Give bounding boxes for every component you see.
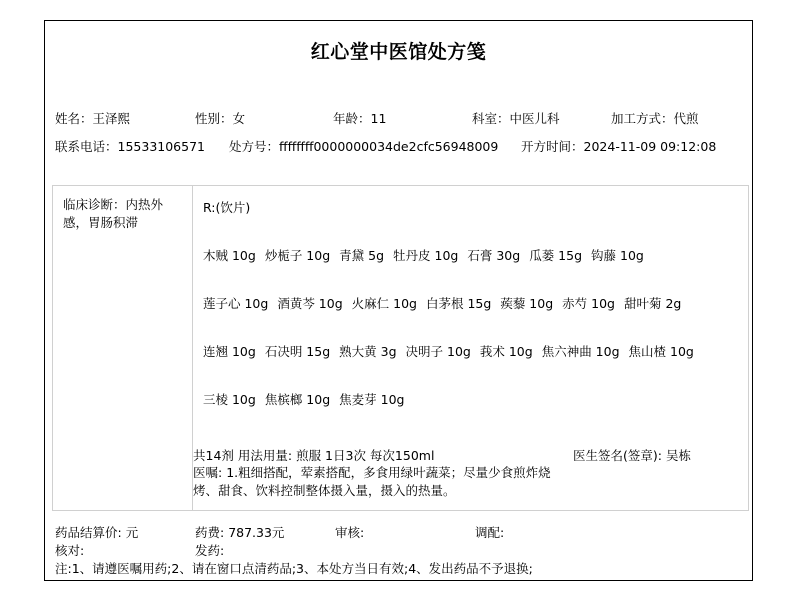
diagnosis-label: 临床诊断： [63,197,126,212]
prescription-column: R:(饮片) 木贼 10g炒栀子 10g青黛 5g牡丹皮 10g石膏 30g瓜蒌… [193,186,748,510]
patient-name-label: 姓名： [55,111,93,126]
herb-item: 焦麦芽 10g [339,390,404,408]
rx-time-label: 开方时间： [521,139,584,154]
herb-item: 白茅根 15g [426,294,491,312]
rx-time: 开方时间：2024-11-09 09:12:08 [521,137,716,155]
herb-row: 莲子心 10g酒黄芩 10g火麻仁 10g白茅根 15g蒺藜 10g赤芍 10g… [203,294,690,312]
department: 科室：中医儿科 [472,109,560,127]
rx-number-label: 处方号： [229,139,279,154]
doctor-signature: 医生签名(签章): 吴栋 [573,446,691,464]
drug-fee: 药费: 787.33元 [195,523,284,541]
herb-item: 甜叶菊 2g [624,294,681,312]
herb-item: 焦山楂 10g [629,342,694,360]
phone: 联系电话：15533106571 [55,137,205,155]
patient-gender-value: 女 [233,111,246,126]
herb-item: 莲子心 10g [203,294,268,312]
settle-price-value: 元 [126,525,139,540]
review-field: 审核: [335,523,364,541]
diagnosis-column: 临床诊断：内热外感，胃肠积滞 [53,186,193,510]
phone-label: 联系电话： [55,139,118,154]
herb-item: 牡丹皮 10g [393,246,458,264]
processing-value: 代煎 [674,111,699,126]
herb-row: 连翘 10g石决明 15g熟大黄 3g决明子 10g莪术 10g焦六神曲 10g… [203,342,703,360]
prescription-sheet: 红心堂中医馆处方笺 姓名：王泽熙 性别：女 年龄：11 科室：中医儿科 加工方式… [44,20,753,581]
herb-item: 木贼 10g [203,246,256,264]
patient-name: 姓名：王泽熙 [55,109,130,127]
patient-age: 年龄：11 [333,109,386,127]
rx-number-value: ffffffff0000000034de2cfc56948009 [279,139,498,154]
doctor-name: 吴栋 [666,448,691,463]
rx-time-value: 2024-11-09 09:12:08 [584,139,717,154]
doctor-signature-label: 医生签名(签章): [573,448,666,463]
patient-age-value: 11 [371,111,387,126]
herb-item: 蒺藜 10g [500,294,553,312]
settle-price-label: 药品结算价: [55,525,126,540]
patient-gender: 性别：女 [195,109,245,127]
patient-age-label: 年龄： [333,111,371,126]
herb-row: 木贼 10g炒栀子 10g青黛 5g牡丹皮 10g石膏 30g瓜蒌 15g钩藤 … [203,246,653,264]
herb-item: 焦六神曲 10g [542,342,620,360]
dispense-field: 调配: [475,523,504,541]
phone-value: 15533106571 [118,139,205,154]
usage-dosage: 共14剂 用法用量: 煎服 1日3次 每次150ml [193,446,434,464]
herb-item: 赤芍 10g [562,294,615,312]
footer-note: 注:1、请遵医嘱用药;2、请在窗口点清药品;3、本处方当日有效;4、发出药品不予… [55,559,533,577]
medical-advice-label: 医嘱: [193,465,226,480]
herb-item: 石决明 15g [265,342,330,360]
prescription-box: 临床诊断：内热外感，胃肠积滞 R:(饮片) 木贼 10g炒栀子 10g青黛 5g… [52,185,749,511]
medical-advice-text: 1.粗细搭配，荤素搭配，多食用绿叶蔬菜；尽量少食煎炸烧烤、甜食、饮料控制整体摄入… [193,465,551,498]
check-field: 核对: [55,541,84,559]
settle-price: 药品结算价: 元 [55,523,138,541]
medical-advice: 医嘱: 1.粗细搭配，荤素搭配，多食用绿叶蔬菜；尽量少食煎炸烧烤、甜食、饮料控制… [193,464,573,500]
herb-item: 连翘 10g [203,342,256,360]
herb-item: 钩藤 10g [591,246,644,264]
herb-item: 焦槟榔 10g [265,390,330,408]
herb-item: 决明子 10g [406,342,471,360]
herb-item: 三棱 10g [203,390,256,408]
patient-name-value: 王泽熙 [93,111,131,126]
processing-method: 加工方式：代煎 [611,109,699,127]
herb-item: 青黛 5g [339,246,384,264]
page-title: 红心堂中医馆处方笺 [45,37,752,64]
processing-label: 加工方式： [611,111,674,126]
herb-item: 瓜蒌 15g [529,246,582,264]
herb-item: 酒黄芩 10g [277,294,342,312]
drug-fee-label: 药费: [195,525,228,540]
issue-field: 发药: [195,541,224,559]
department-value: 中医儿科 [510,111,560,126]
patient-gender-label: 性别： [195,111,233,126]
herb-row: 三棱 10g焦槟榔 10g焦麦芽 10g [203,390,413,408]
herb-item: 炒栀子 10g [265,246,330,264]
drug-fee-value: 787.33元 [228,525,284,540]
herb-item: 莪术 10g [480,342,533,360]
herb-item: 熟大黄 3g [339,342,396,360]
herb-item: 火麻仁 10g [352,294,417,312]
herb-item: 石膏 30g [467,246,520,264]
department-label: 科室： [472,111,510,126]
rx-type-label: R:(饮片) [203,198,250,216]
rx-number: 处方号：ffffffff0000000034de2cfc56948009 [229,137,498,155]
